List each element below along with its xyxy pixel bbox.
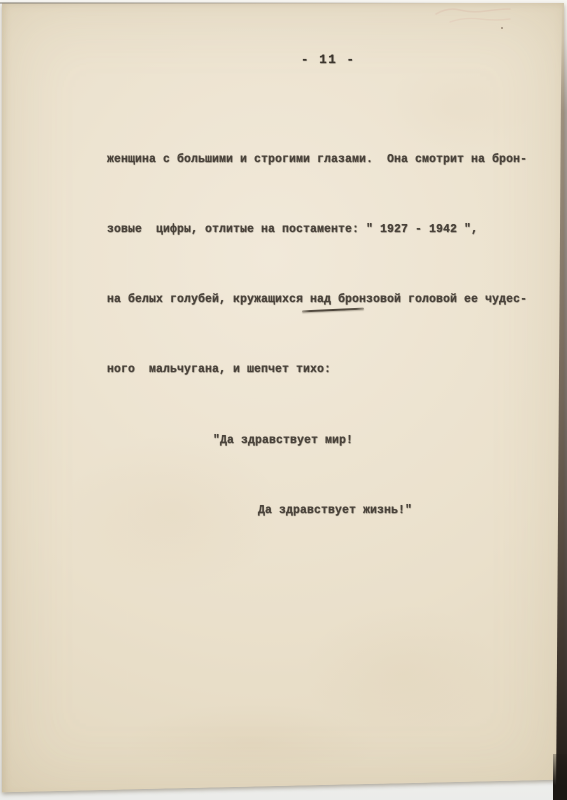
paper-stain — [122, 703, 382, 783]
scanned-sheet-wrapper: - 11 - женщина с большими и строгими гла… — [0, 0, 567, 800]
quote-line: "Да здравствует мир! — [107, 429, 527, 452]
typewritten-line: женщина с большими и строгими глазами. О… — [107, 148, 527, 171]
typewritten-paragraph: женщина с большими и строгими глазами. О… — [107, 101, 527, 569]
typewritten-line: ного мальчугана, и шепчет тихо: — [107, 358, 527, 381]
typewritten-line: зовые цифры, отлитые на постаменте: " 19… — [107, 218, 527, 241]
page-number: - 11 - — [301, 53, 356, 67]
paper-stain — [302, 603, 502, 743]
quote-line: Да здравствует жизнь!" — [107, 499, 527, 522]
typewritten-line: на белых голубей, кружащихся над бронзов… — [107, 288, 527, 311]
faint-red-inventory-mark — [430, 4, 526, 28]
paper-sheet: - 11 - женщина с большими и строгими гла… — [2, 3, 564, 797]
scan-top-edge — [0, 2, 470, 4]
scan-corner-shadow — [553, 754, 567, 800]
